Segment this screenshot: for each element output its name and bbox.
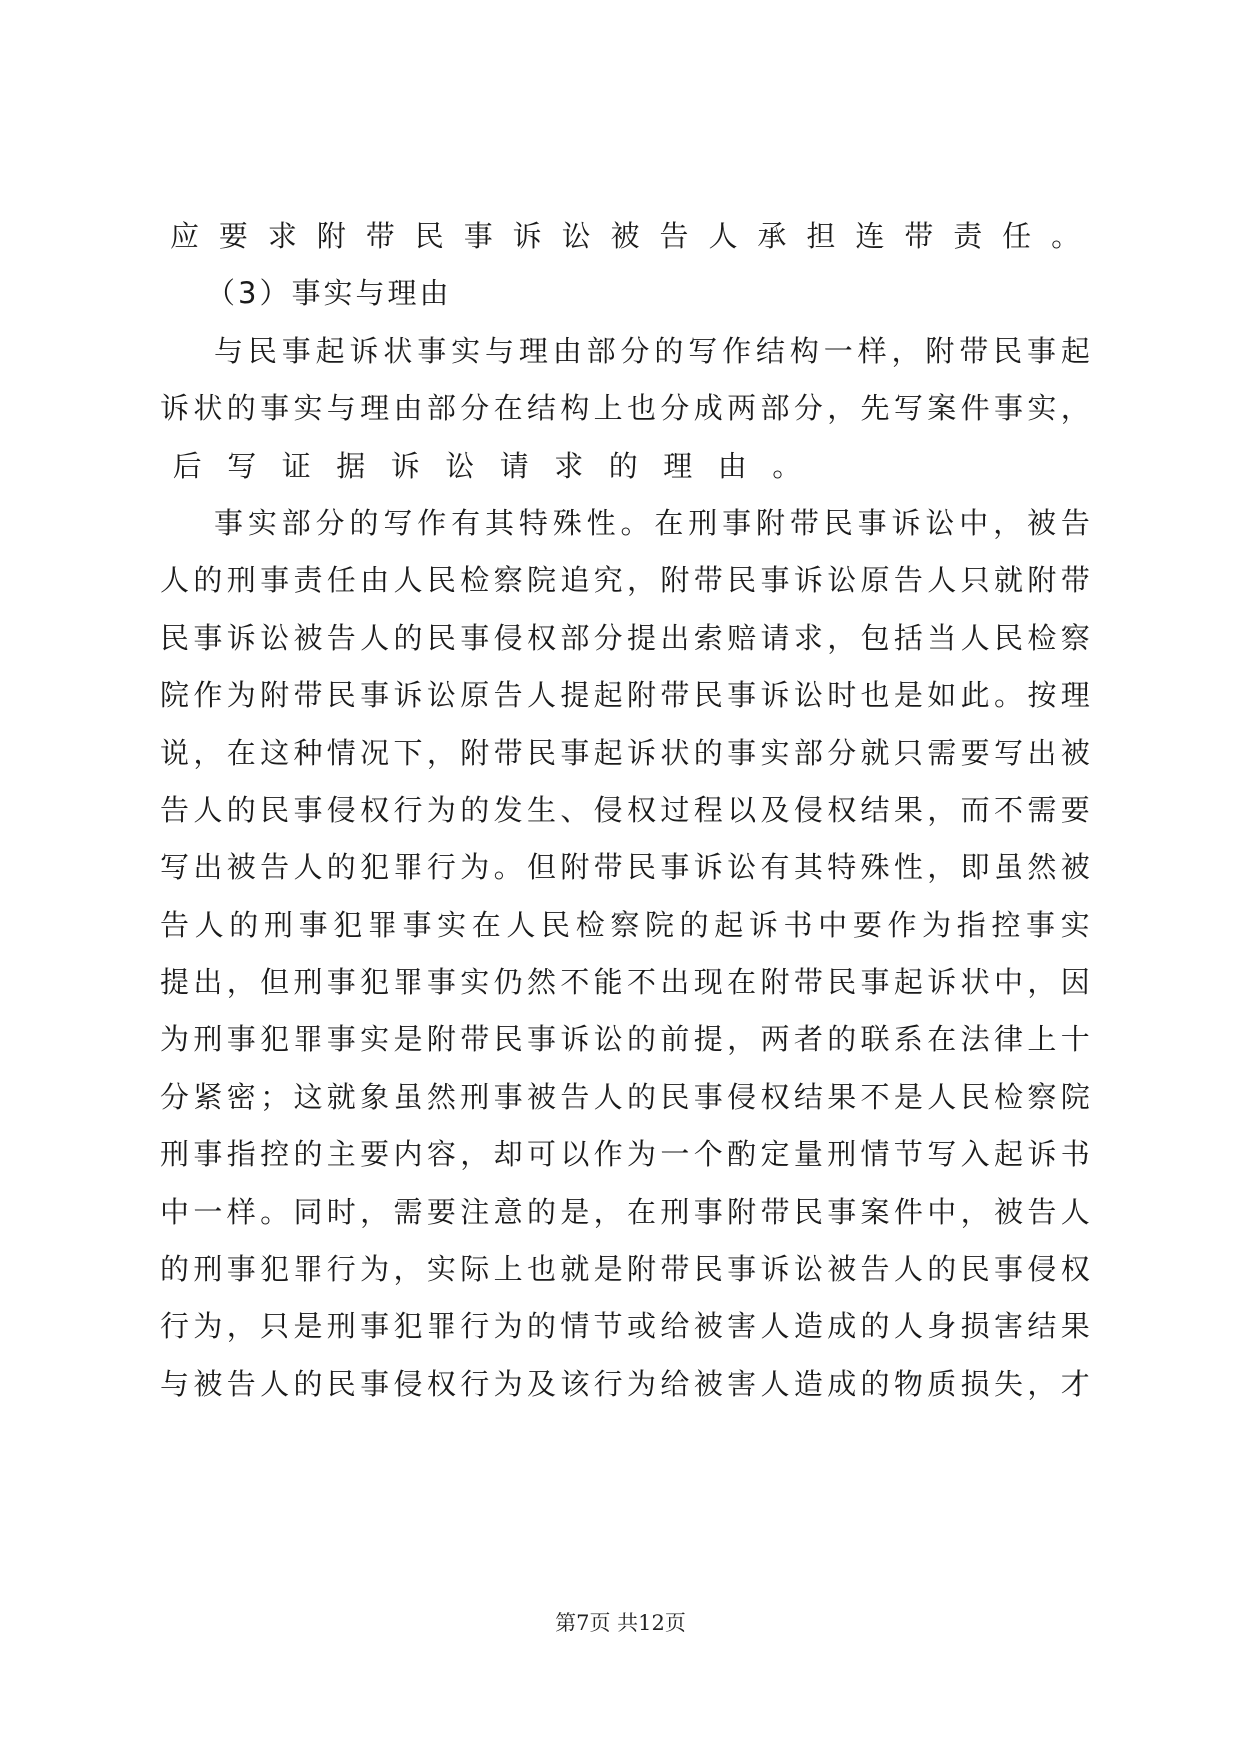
text-line: 中一样。同时，需要注意的是，在刑事附带民事案件中，被告人: [160, 1184, 1090, 1241]
text-line: 民事诉讼被告人的民事侵权部分提出索赔请求，包括当人民检察: [160, 610, 1090, 667]
text-line: 告人的刑事犯罪事实在人民检察院的起诉书中要作为指控事实: [160, 897, 1090, 954]
text-line: 写出被告人的犯罪行为。但附带民事诉讼有其特殊性，即虽然被: [160, 839, 1090, 896]
text-line: 提出，但刑事犯罪事实仍然不能不出现在附带民事起诉状中，因: [160, 954, 1090, 1011]
text-line: 人的刑事责任由人民检察院追究，附带民事诉讼原告人只就附带: [160, 552, 1090, 609]
text-line: 事实部分的写作有其特殊性。在刑事附带民事诉讼中，被告: [160, 495, 1090, 552]
text-line: 行为，只是刑事犯罪行为的情节或给被害人造成的人身损害结果: [160, 1298, 1090, 1355]
text-line: 应要求附带民事诉讼被告人承担连带责任。: [160, 208, 1090, 265]
text-line: 与民事起诉状事实与理由部分的写作结构一样，附带民事起: [160, 323, 1090, 380]
page-footer: 第7页 共12页: [0, 1607, 1241, 1637]
text-line: 为刑事犯罪事实是附带民事诉讼的前提，两者的联系在法律上十: [160, 1011, 1090, 1068]
text-line: 刑事指控的主要内容，却可以作为一个酌定量刑情节写入起诉书: [160, 1126, 1090, 1183]
text-line: 诉状的事实与理由部分在结构上也分成两部分，先写案件事实，: [160, 380, 1090, 437]
document-page: 应要求附带民事诉讼被告人承担连带责任。（3）事实与理由与民事起诉状事实与理由部分…: [0, 0, 1241, 1754]
text-line: 的刑事犯罪行为，实际上也就是附带民事诉讼被告人的民事侵权: [160, 1241, 1090, 1298]
text-line: 告人的民事侵权行为的发生、侵权过程以及侵权结果，而不需要: [160, 782, 1090, 839]
document-body: 应要求附带民事诉讼被告人承担连带责任。（3）事实与理由与民事起诉状事实与理由部分…: [160, 208, 1090, 1413]
text-line: 院作为附带民事诉讼原告人提起附带民事诉讼时也是如此。按理: [160, 667, 1090, 724]
text-line: 后写证据诉讼请求的理由。: [160, 438, 1090, 495]
text-line: 分紧密；这就象虽然刑事被告人的民事侵权结果不是人民检察院: [160, 1069, 1090, 1126]
text-line: 与被告人的民事侵权行为及该行为给被害人造成的物质损失，才: [160, 1356, 1090, 1413]
text-line: （3）事实与理由: [160, 265, 1090, 322]
text-line: 说，在这种情况下，附带民事起诉状的事实部分就只需要写出被: [160, 725, 1090, 782]
